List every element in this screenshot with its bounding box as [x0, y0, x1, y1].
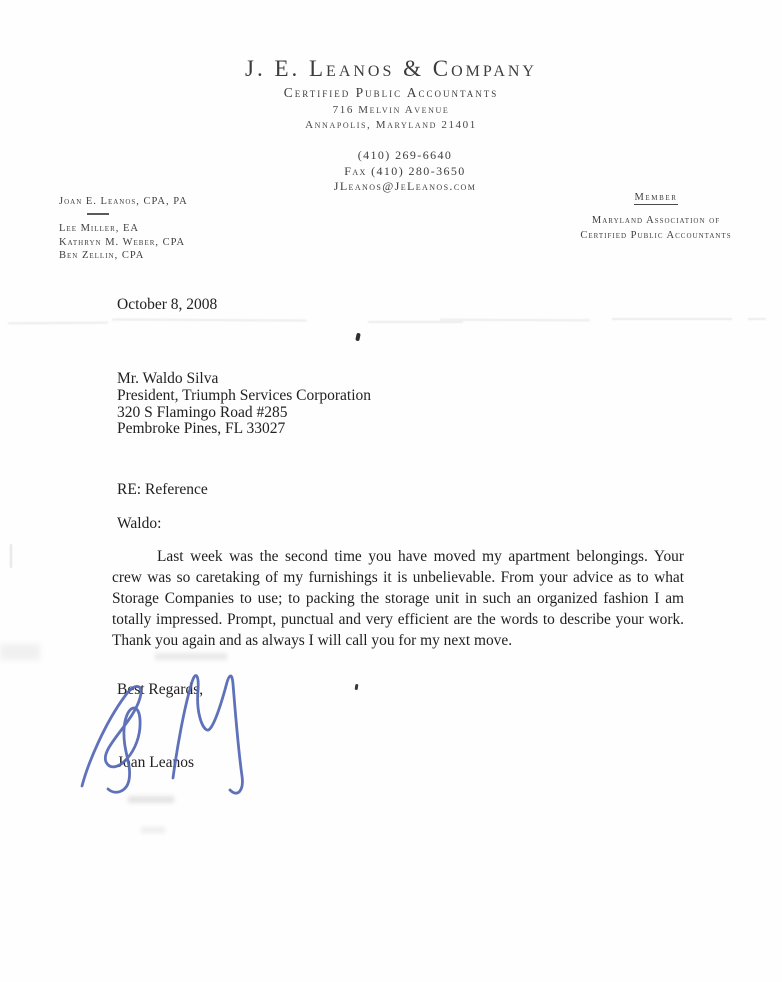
staff-name: Ben Zellin, CPA	[59, 249, 188, 263]
member-org-line: Maryland Association of	[566, 214, 746, 229]
salutation: Waldo:	[117, 515, 161, 533]
staff-name: Kathryn M. Weber, CPA	[59, 236, 188, 250]
recipient-address-block: Mr. Waldo Silva President, Triumph Servi…	[117, 371, 371, 438]
member-org-line: Certified Public Accountants	[566, 229, 746, 244]
scan-artifact-smudge	[0, 644, 40, 660]
firm-staff-block: Joan E. Leanos, CPA, PA Lee Miller, EA K…	[59, 196, 188, 263]
principal-name: Joan E. Leanos, CPA, PA	[59, 196, 188, 207]
company-name: J. E. Leanos & Company	[0, 56, 782, 82]
scan-artifact-speck	[355, 333, 361, 342]
staff-divider	[87, 213, 109, 215]
letter-body-paragraph: Last week was the second time you have m…	[112, 547, 684, 652]
scan-artifact-streak	[612, 318, 732, 320]
scanned-letter-page: J. E. Leanos & Company Certified Public …	[0, 0, 782, 982]
letterhead: J. E. Leanos & Company Certified Public …	[0, 56, 782, 131]
subject-line: RE: Reference	[117, 481, 208, 499]
company-street: 716 Melvin Avenue	[0, 104, 782, 116]
scan-artifact-streak	[8, 322, 108, 325]
recipient-title: President, Triumph Services Corporation	[117, 388, 371, 405]
scan-artifact-streak	[368, 321, 463, 323]
recipient-city: Pembroke Pines, FL 33027	[117, 421, 371, 438]
membership-block: Member Maryland Association of Certified…	[566, 192, 746, 243]
recipient-name: Mr. Waldo Silva	[117, 371, 371, 388]
company-tagline: Certified Public Accountants	[0, 85, 782, 101]
scan-artifact-smudge	[128, 796, 174, 803]
scan-artifact-smudge	[141, 827, 165, 833]
signature-stroke-peaks	[173, 676, 242, 794]
scan-artifact-speck	[355, 684, 359, 690]
scan-artifact-smudge	[155, 653, 227, 660]
contact-block: (410) 269-6640 Fax (410) 280-3650 JLeano…	[14, 148, 782, 195]
staff-name: Lee Miller, EA	[59, 222, 188, 236]
signature-graphic	[80, 668, 270, 808]
scan-artifact-line	[10, 544, 12, 568]
phone-number: (410) 269-6640	[14, 148, 782, 164]
member-heading: Member	[634, 192, 677, 205]
fax-number: Fax (410) 280-3650	[14, 164, 782, 180]
signature-stroke-loop	[82, 686, 141, 792]
company-city: Annapolis, Maryland 21401	[0, 119, 782, 131]
scan-artifact-streak	[748, 318, 766, 320]
letter-date: October 8, 2008	[117, 296, 217, 314]
recipient-street: 320 S Flamingo Road #285	[117, 405, 371, 422]
scan-artifact-streak	[112, 318, 307, 321]
